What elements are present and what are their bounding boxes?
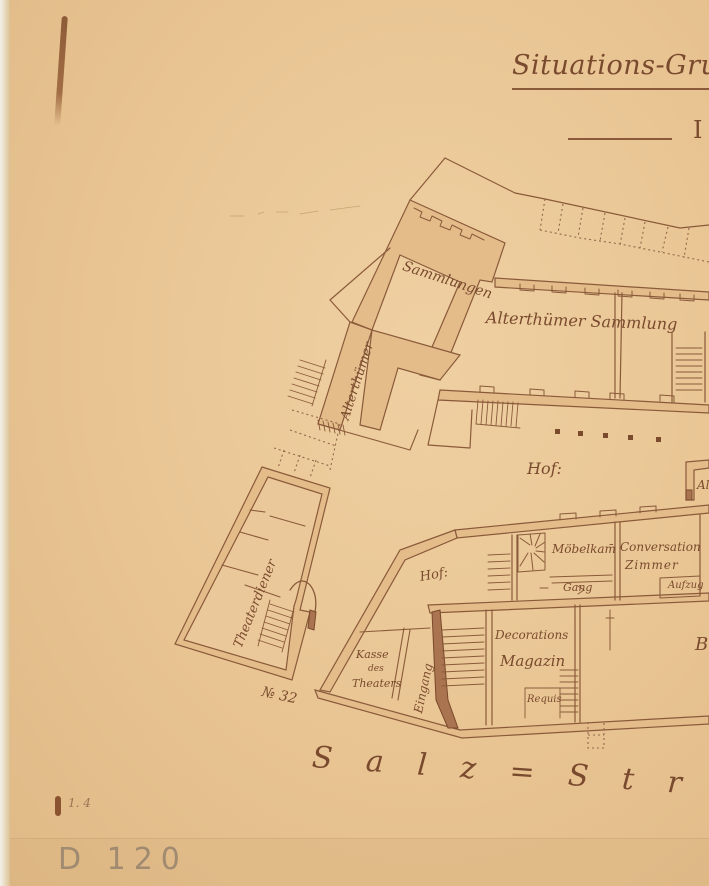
- stairs-right: [676, 348, 702, 390]
- label-conversation: Conversation: [620, 540, 701, 554]
- label-right-fragment-b: B: [695, 634, 708, 655]
- label-kasse: Kasse: [356, 648, 389, 661]
- label-aufzug: Aufzug: [668, 580, 703, 591]
- label-zimmer: Zimmer: [625, 558, 679, 572]
- pencil-catalog-mark: D 120: [58, 842, 188, 877]
- label-decorations: Decorations: [495, 628, 568, 642]
- courtyard-posts: [555, 429, 661, 442]
- label-requis: Requis: [527, 694, 562, 705]
- building-theaterdiener: [175, 467, 330, 680]
- label-kasse-des: des: [368, 664, 384, 674]
- label-theaters: Theaters: [352, 677, 401, 690]
- stairs-eingang: [442, 628, 484, 686]
- label-moebelkammer: Möbelkam̄: [552, 542, 616, 556]
- label-hof-upper: Hof:: [527, 459, 562, 478]
- ink-blot: [55, 796, 61, 816]
- ink-annotation: 1. 4: [68, 796, 91, 810]
- label-gang: Gang: [563, 581, 592, 594]
- faint-pencil-marks: [230, 206, 360, 216]
- spiral-stair: [518, 533, 545, 572]
- label-magazin: Magazin: [500, 652, 565, 670]
- stairs-left-wing: [288, 360, 326, 406]
- stairs-hof-side: [488, 554, 510, 590]
- label-right-fragment-al: Al: [697, 478, 709, 492]
